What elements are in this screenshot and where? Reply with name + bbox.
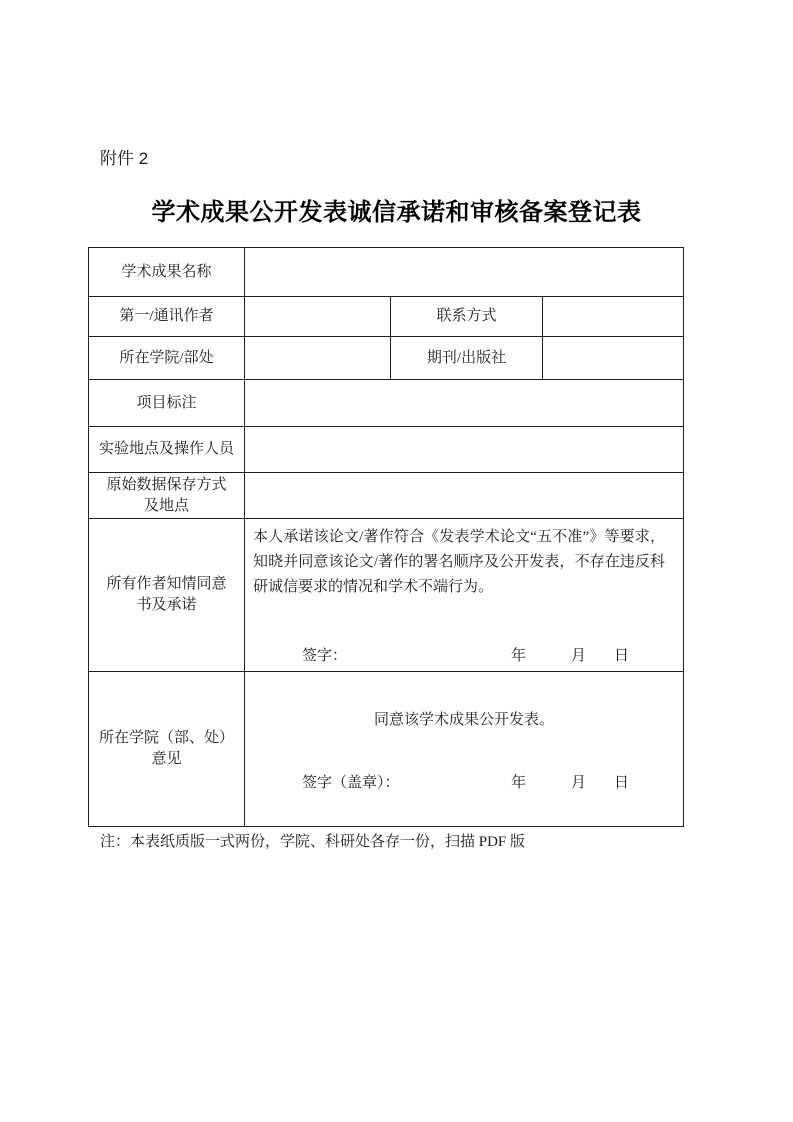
row-college-opinion: 所在学院（部、处） 意见 同意该学术成果公开发表。 签字（盖章）： 年 月 日 [89, 672, 684, 827]
day-label: 日 [614, 773, 629, 793]
year-label: 年 [511, 773, 526, 793]
field-value-contact-info [543, 297, 684, 337]
field-label-college-department: 所在学院/部处 [89, 337, 245, 380]
document-page: 附件 2 学术成果公开发表诚信承诺和审核备案登记表 学术成果名称 第一/通讯作者… [0, 0, 793, 1122]
commitment-statement: 本人承诺该论文/著作符合《发表学术论文“五不准”》等要求，知晓并同意该论文/著作… [245, 519, 683, 600]
field-label-journal-publisher: 期刊/出版社 [391, 337, 543, 380]
attachment-label: 附件 2 [100, 144, 148, 169]
row-college-journal: 所在学院/部处 期刊/出版社 [89, 337, 684, 380]
field-value-college-department [245, 337, 391, 380]
field-value-achievement-name [245, 248, 684, 297]
college-opinion-cell: 同意该学术成果公开发表。 签字（盖章）： 年 月 日 [245, 672, 684, 827]
row-experiment-site: 实验地点及操作人员 [89, 427, 684, 473]
registration-form-table: 学术成果名称 第一/通讯作者 联系方式 所在学院/部处 期刊/出版社 项目标注 … [88, 247, 684, 827]
field-value-raw-data-storage [245, 473, 684, 519]
field-value-first-corresponding-author [245, 297, 391, 337]
field-label-authors-consent: 所有作者知情同意 书及承诺 [89, 519, 245, 672]
authors-consent-cell: 本人承诺该论文/著作符合《发表学术论文“五不准”》等要求，知晓并同意该论文/著作… [245, 519, 684, 672]
signature-line: 签字： 年 月 日 [245, 646, 683, 666]
year-label: 年 [511, 646, 526, 666]
page-title: 学术成果公开发表诚信承诺和审核备案登记表 [0, 192, 793, 227]
row-authors-consent: 所有作者知情同意 书及承诺 本人承诺该论文/著作符合《发表学术论文“五不准”》等… [89, 519, 684, 672]
field-value-experiment-site-operators [245, 427, 684, 473]
field-label-contact-info: 联系方式 [391, 297, 543, 337]
day-label: 日 [614, 646, 629, 666]
field-label-first-corresponding-author: 第一/通讯作者 [89, 297, 245, 337]
stamp-signature-label: 签字（盖章）： [302, 773, 400, 793]
signature-label: 签字： [302, 646, 347, 666]
row-achievement-name: 学术成果名称 [89, 248, 684, 297]
field-value-project-annotation [245, 380, 684, 427]
field-label-achievement-name: 学术成果名称 [89, 248, 245, 297]
field-label-college-opinion: 所在学院（部、处） 意见 [89, 672, 245, 827]
footer-note: 注：本表纸质版一式两份，学院、科研处各存一份，扫描 PDF 版 [100, 830, 525, 851]
month-label: 月 [571, 646, 586, 666]
field-label-raw-data-storage: 原始数据保存方式 及地点 [89, 473, 245, 519]
month-label: 月 [571, 773, 586, 793]
opinion-statement: 同意该学术成果公开发表。 [245, 710, 683, 730]
row-project-annotation: 项目标注 [89, 380, 684, 427]
row-raw-data-storage: 原始数据保存方式 及地点 [89, 473, 684, 519]
field-label-project-annotation: 项目标注 [89, 380, 245, 427]
row-author-contact: 第一/通讯作者 联系方式 [89, 297, 684, 337]
field-label-experiment-site-operators: 实验地点及操作人员 [89, 427, 245, 473]
stamp-signature-line: 签字（盖章）： 年 月 日 [245, 773, 683, 793]
field-value-journal-publisher [543, 337, 684, 380]
